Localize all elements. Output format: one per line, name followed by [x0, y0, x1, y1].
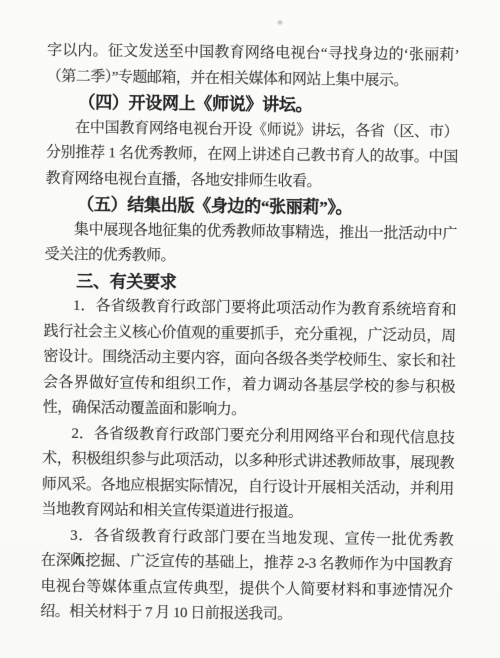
document-text-block: 字以内。征文发送至中国教育网络电视台“寻找身边的‘张丽莉’ （第二季）”专题邮箱…	[40, 39, 459, 630]
scan-speck-artifact	[277, 20, 283, 25]
doc-line: 绍。相关材料于 7 月 10 日前报送我司。	[40, 599, 452, 630]
scanned-document-page: 字以内。征文发送至中国教育网络电视台“寻找身边的‘张丽莉’ （第二季）”专题邮箱…	[0, 0, 500, 658]
